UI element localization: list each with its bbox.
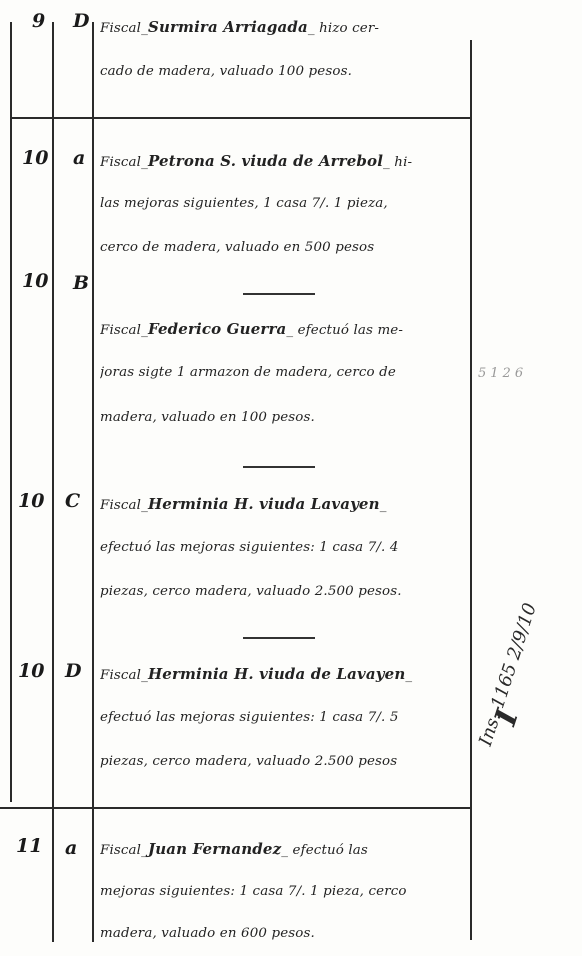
- owner-name: Surmira Arriagada: [148, 18, 308, 36]
- owner-name: Petrona S. viuda de Arrebol: [148, 152, 383, 170]
- sitio-letter: B: [73, 272, 89, 294]
- entry-line: Fiscal_Juan Fernandez_ efectuó las: [100, 840, 472, 858]
- sitio-letter: a: [65, 837, 77, 859]
- owner-name: Juan Fernandez: [148, 840, 281, 858]
- entry-line: Fiscal_Herminia H. viuda Lavayen_: [100, 495, 472, 513]
- entry-line: Fiscal_Petrona S. viuda de Arrebol_ hi-: [100, 152, 472, 170]
- manzana-number: 10: [22, 147, 48, 169]
- margin-inscription: Ins. 1165 2/9/10: [461, 557, 555, 792]
- entry-line: cerco de madera, valuado en 500 pesos: [100, 240, 472, 255]
- entry-line: piezas, cerco madera, valuado 2.500 peso…: [100, 584, 472, 599]
- entry-separator: [243, 637, 315, 639]
- manzana-number: 9: [32, 10, 45, 32]
- row-rule-after-9d: [10, 117, 470, 119]
- sitio-letter: D: [65, 660, 81, 682]
- column-rule-right: [470, 40, 472, 940]
- entry-line: efectuó las mejoras siguientes: 1 casa 7…: [100, 710, 472, 725]
- sitio-letter: C: [65, 490, 80, 512]
- entry-line: cado de madera, valuado 100 pesos.: [100, 64, 472, 79]
- entry-line: las mejoras siguientes, 1 casa 7/. 1 pie…: [100, 196, 472, 211]
- manzana-number: 10: [22, 270, 48, 292]
- column-rule-sitio: [92, 22, 94, 942]
- column-rule-manzana: [52, 22, 54, 942]
- entry-line: Fiscal_Federico Guerra_ efectuó las me-: [100, 320, 472, 338]
- entry-line: Fiscal_Herminia H. viuda de Lavayen_: [100, 665, 472, 683]
- manzana-number: 11: [16, 835, 42, 857]
- owner-name: Herminia H. viuda Lavayen: [148, 495, 380, 513]
- column-rule-left: [10, 22, 12, 802]
- entry-separator: [243, 293, 315, 295]
- entry-line: Fiscal_Surmira Arriagada_ hizo cer-: [100, 18, 472, 36]
- entry-line: piezas, cerco madera, valuado 2.500 peso…: [100, 754, 472, 769]
- entry-line: madera, valuado en 600 pesos.: [100, 926, 472, 941]
- entry-line: joras sigte 1 armazon de madera, cerco d…: [100, 365, 472, 380]
- entry-line: efectuó las mejoras siguientes: 1 casa 7…: [100, 540, 472, 555]
- manzana-number: 10: [18, 490, 44, 512]
- sitio-letter: D: [73, 10, 89, 32]
- manzana-number: 10: [18, 660, 44, 682]
- owner-name: Federico Guerra: [148, 320, 286, 338]
- entry-line: madera, valuado en 100 pesos.: [100, 410, 472, 425]
- entry-line: mejoras siguientes: 1 casa 7/. 1 pieza, …: [100, 884, 472, 899]
- entry-separator: [243, 466, 315, 468]
- margin-stamp-number: 5126: [478, 366, 527, 381]
- sitio-letter: a: [73, 147, 85, 169]
- owner-name: Herminia H. viuda de Lavayen: [148, 665, 405, 683]
- row-rule-after-10d: [0, 807, 470, 809]
- ledger-page: 9 D Fiscal_Surmira Arriagada_ hizo cer- …: [0, 0, 582, 956]
